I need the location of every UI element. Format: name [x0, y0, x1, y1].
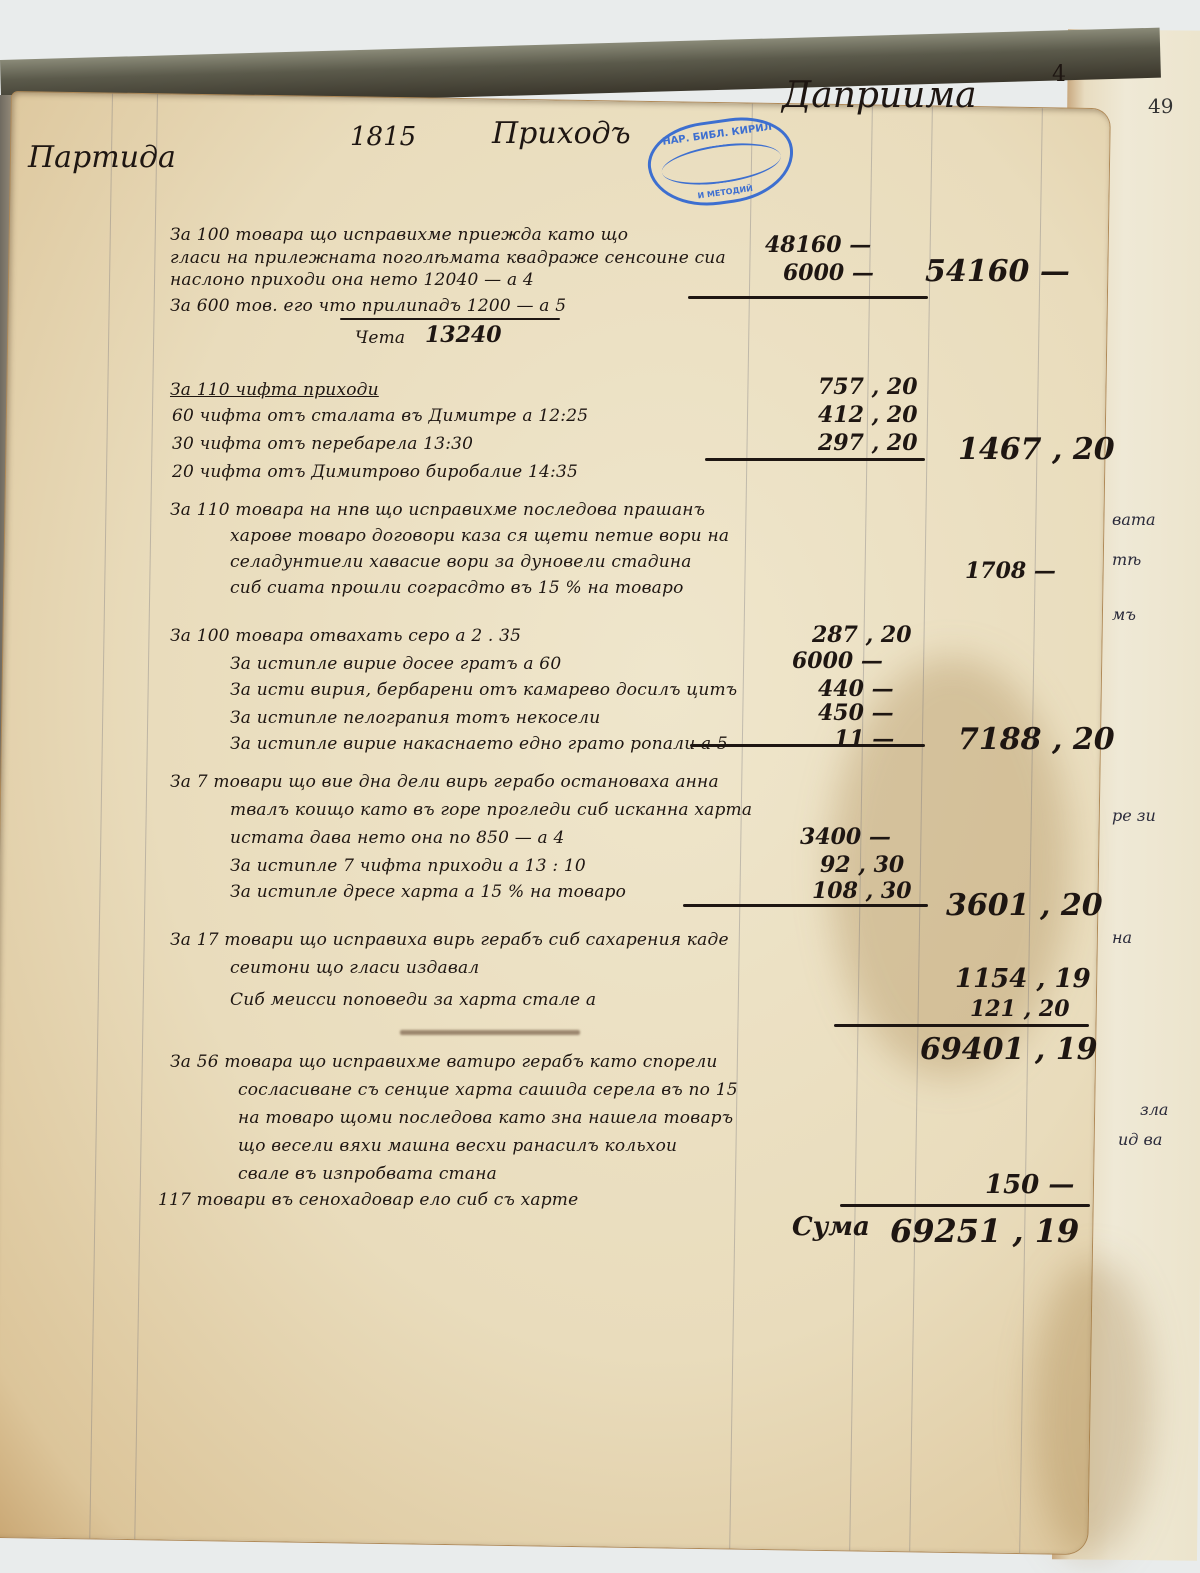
total-label: Сума — [792, 1212, 870, 1242]
header-year: 1815 — [350, 122, 416, 152]
margin-note: зла — [1140, 1100, 1168, 1119]
grand-total: 69251 , 19 — [890, 1212, 1079, 1250]
header-center-label: Приходъ — [492, 116, 631, 151]
entry-line: За 56 товара що исправихме ватиро герабъ… — [170, 1052, 718, 1072]
ruling-line — [89, 94, 113, 1539]
entry-line: За 110 чифта приходи — [170, 380, 379, 400]
ruling-line — [729, 104, 753, 1549]
margin-note: вата — [1112, 510, 1156, 529]
ruling-line — [134, 94, 158, 1539]
entry-total: 150 — — [985, 1170, 1074, 1200]
entry-total: 3601 , 20 — [946, 888, 1103, 923]
entry-line: За 600 тов. его что прилипадъ 1200 — а 5 — [170, 296, 566, 316]
entry-line: За истипле пелограпия тотъ некосели — [230, 708, 600, 728]
amount: 108 , 30 — [812, 878, 912, 904]
entry-line: За исти вирия, бербарени отъ камарево до… — [230, 680, 737, 700]
amount: 6000 — — [792, 648, 883, 674]
amount: 440 — — [818, 676, 894, 702]
margin-note: ид ва — [1118, 1130, 1162, 1149]
entry-line: 20 чифта отъ Димитрово биробалие 14:35 — [172, 462, 578, 482]
next-page-number: 49 — [1148, 94, 1173, 118]
entry-line: 30 чифта отъ перебарела 13:30 — [172, 434, 473, 454]
entry-total: 69401 , 19 — [920, 1032, 1097, 1067]
entry-line: сосласиване съ сенцие харта сашида серел… — [238, 1080, 738, 1100]
margin-note: тѣ — [1112, 550, 1141, 569]
entry-line: 117 товари въ сенохадовар ело сиб съ хар… — [158, 1190, 578, 1210]
page-number: 4 — [1052, 62, 1066, 87]
subtotal-label: Чета — [355, 328, 405, 348]
margin-note: на — [1112, 928, 1132, 947]
entry-total: 54160 — — [925, 254, 1070, 289]
entry-line: Сиб меисси поповеди за харта стале а — [230, 990, 596, 1010]
entry-line: За 17 товари що исправиха вирь герабъ си… — [170, 930, 729, 950]
amount: 92 , 30 — [820, 852, 904, 878]
amount: 412 , 20 — [818, 402, 918, 428]
entry-line: на товаро щоми последова като зна нашела… — [238, 1108, 733, 1128]
entry-line: харове товаро договори каза ся щети пети… — [230, 526, 729, 546]
entry-line: За истипле 7 чифта приходи а 13 : 10 — [230, 856, 586, 876]
entry-line: За истипле дресе харта а 15 % на товаро — [230, 882, 626, 902]
amount: 11 — — [834, 726, 894, 752]
amount: 287 , 20 — [812, 622, 912, 648]
subtotal-value: 13240 — [425, 322, 502, 348]
amount: 757 , 20 — [818, 374, 918, 400]
amount: 450 — — [818, 700, 894, 726]
amount: 297 , 20 — [818, 430, 918, 456]
entry-total: 1467 , 20 — [958, 432, 1115, 467]
entry-line: За истипле вирие досее гратъ а 60 — [230, 654, 561, 674]
entry-total: 7188 , 20 — [958, 722, 1115, 757]
entry-line: За истипле вирие накаснаето едно грато р… — [230, 734, 728, 754]
entry-line: гласи на прилежната поголѣмата квадраже … — [170, 248, 726, 268]
entry-line: наслоно приходи она нето 12040 — а 4 — [170, 270, 534, 290]
entry-line: сиб сиата прошли сограсдто въ 15 % на то… — [230, 578, 684, 598]
amount: 3400 — — [800, 824, 891, 850]
entry-line: истата дава нето она по 850 — а 4 — [230, 828, 565, 848]
entry-line: 60 чифта отъ сталата въ Димитре а 12:25 — [172, 406, 588, 426]
entry-line: свале въ изпробвата стана — [238, 1164, 497, 1184]
entry-line: За 7 товари що вие дна дели вирь герабо … — [170, 772, 719, 792]
amount: 6000 — — [783, 260, 874, 286]
margin-note: мъ — [1112, 605, 1136, 624]
header-right-label: Даприима — [782, 75, 977, 116]
entry-line: сеитони що гласи издавал — [230, 958, 479, 978]
amount: 48160 — — [765, 232, 871, 258]
entry-total: 1708 — — [965, 558, 1056, 584]
entry-line: селадунтиели хавасие вори за дуновели ст… — [230, 552, 692, 572]
margin-note: ре зи — [1112, 806, 1156, 825]
entry-line: За 110 товара на нпв що исправихме после… — [170, 500, 705, 520]
entry-line: що весели вяхи машна весхи ранасилъ коль… — [238, 1136, 677, 1156]
entry-line: За 100 товара отвахать серо а 2 . 35 — [170, 626, 521, 646]
entry-line: За 100 товара що исправихме приежда като… — [170, 225, 628, 245]
amount: 121 , 20 — [970, 996, 1070, 1022]
entry-line: твалъ коищо като въ горе прогледи сиб ис… — [230, 800, 752, 820]
header-left-label: Партида — [28, 140, 176, 175]
amount: 1154 , 19 — [955, 964, 1091, 994]
